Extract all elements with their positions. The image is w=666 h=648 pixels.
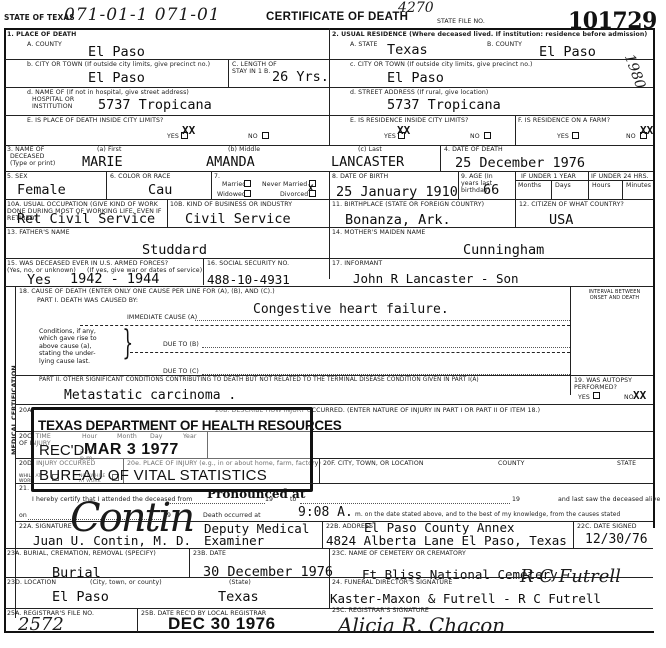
mother-value: Cunningham [463,243,544,258]
state-sublabel: (State) [229,579,251,586]
residence-city-label: c. CITY OR TOWN (If outside city limits,… [350,61,533,68]
cemetery-label: 23c. NAME OF CEMETERY OR CREMATORY [332,550,466,557]
yes-label: YES [167,133,179,140]
divider [5,87,329,88]
due-to-c-label: DUE TO (c) [163,368,199,375]
ssn-label: 16. SOCIAL SECURITY NO. [207,260,289,267]
length-of-stay-value: 26 Yrs. [272,70,329,85]
divider [195,320,570,321]
hospital-label-2: HOSPITAL OR [32,96,74,103]
last-name-label: (c) Last [358,146,382,153]
part2-label: PART II. OTHER SIGNIFICANT CONDITIONS CO… [39,377,479,384]
first-name-value: MARIE [82,155,123,170]
divider [106,171,107,199]
divider [15,375,653,376]
residence-street-label: d. STREET ADDRESS (If rural, give locati… [350,89,488,96]
name-label-1: 3. NAME OF [7,146,44,153]
never-married-label: Never Married [262,181,307,188]
part1-label: PART I. DEATH WAS CAUSED BY: [37,297,138,304]
immediate-cause-label: IMMEDIATE CAUSE (a) [127,314,197,321]
autopsy-no-mark: XX [633,390,646,401]
widowed-checkbox[interactable] [244,190,251,197]
dob-label: 8. DATE OF BIRTH [332,173,388,180]
divider [515,199,516,227]
residence-state-label: a. STATE [350,41,378,48]
on-label: on [19,512,27,519]
death-city-value: El Paso [88,71,145,86]
mother-label: 14. MOTHER'S MAIDEN NAME [332,229,425,236]
divider [5,608,653,609]
citizen-value: USA [549,213,573,228]
race-label: 6. COLOR OR RACE [110,173,171,180]
divider [137,608,138,632]
divider [5,115,653,116]
registrar-signature: Alicia R. Chacon [338,613,505,637]
margin-handwritten-note: 1980 [621,52,648,91]
funeral-director-signature: R C Futrell [520,566,621,587]
injury-location-label: 20f. CITY, TOWN, OR LOCATION [323,460,424,467]
no-label: NO [470,133,480,140]
birthplace-value: Bonanza, Ark. [345,213,451,228]
funeral-director-label: 24. FUNERAL DIRECTOR'S SIGNATURE [332,579,452,586]
medical-certification-label: MEDICAL CERTIFICATION [10,365,18,455]
minutes-label: Minutes [626,182,651,189]
divorced-label: Divorced [280,191,308,198]
city-county-sublabel: (City, town, or county) [90,579,162,586]
no-label: NO [626,133,636,140]
birthplace-label: 11. BIRTHPLACE (State or foreign country… [332,201,484,208]
divider [329,171,330,279]
funeral-director-value: Kaster-Maxon & Futrell - R C Futrell [330,591,601,606]
no-label: NO [248,133,258,140]
divider [622,180,623,199]
state-codes-handwritten: 071-01-1 071-01 [64,5,221,25]
divider [5,286,653,287]
divider [130,352,570,353]
divider [202,347,570,348]
signer-title-line2: Examiner [204,533,264,548]
note-line: Conditions, if any, [39,328,97,335]
residence-city-value: El Paso [387,71,444,86]
disposition-label: 23a. BURIAL, CREMATION, REMOVAL (Specify… [7,550,156,557]
divider [15,404,653,405]
received-stamp: TEXAS DEPARTMENT OF HEALTH RESOURCES REC… [31,407,313,492]
autopsy-yes-label: YES [578,394,590,401]
middle-name-value: AMANDA [206,155,255,170]
under-1-year-label: IF UNDER 1 YEAR [521,173,576,180]
married-checkbox[interactable] [244,180,251,187]
yes-label: YES [557,133,569,140]
divider [228,59,229,87]
divorced-mark: X [308,184,313,195]
residence-inside-city-no-checkbox[interactable] [484,132,491,139]
divider [5,199,653,200]
hours-label: Hours [592,182,611,189]
date-signed-label: 22c. DATE SIGNED [577,523,637,530]
business-label: 10b. KIND OF BUSINESS OR INDUSTRY [170,201,292,208]
signature-label: 22a. SIGNATURE [19,523,72,530]
divider [189,548,190,577]
injury-county-label: COUNTY [498,460,525,467]
business-value: Civil Service [185,212,291,227]
residence-street-value: 5737 Tropicana [387,98,501,113]
divider [80,325,570,326]
sex-label: 5. SEX [7,173,28,180]
registrar-file-value: 2572 [18,614,64,635]
sex-value: Female [17,183,66,198]
ssn-value: 488-10-4931 [207,272,290,287]
hospital-label: d. NAME OF (If not in hospital, give str… [27,89,189,96]
divider [319,458,320,483]
location-label: 23d. LOCATION [7,579,56,586]
divider [203,258,204,285]
divider [330,59,653,60]
title-handwritten-number: 4270 [398,0,434,16]
under-24-label: IF UNDER 24 HRS. [591,173,649,180]
divider [211,171,212,199]
state-file-label: STATE FILE NO. [437,18,485,25]
stamp-received: REC'D [39,442,84,459]
divider [440,145,441,171]
nineteen-label: 19 [265,496,273,503]
father-value: Studdard [142,243,207,258]
to-label: to [290,496,296,503]
injury-state-label: STATE [617,460,636,467]
residence-inside-city-label: e. IS RESIDENCE INSIDE CITY LIMITS? [350,117,468,124]
months-label: Months [518,182,541,189]
divider [5,258,653,259]
last-name-value: LANCASTER [331,155,404,170]
dob-value: 25 January 1910 [336,185,458,200]
armed-dates-value: 1942 - 1944 [70,272,159,287]
form-right-border [653,28,655,528]
hospital-value: 5737 Tropicana [98,98,212,113]
inside-city-label: e. IS PLACE OF DEATH INSIDE CITY LIMITS? [27,117,163,124]
interval-label: INTERVAL BETWEEN ONSET AND DEATH [587,289,642,301]
death-occurred-label: Death occurred at [203,512,261,519]
note-line: which gave rise to [39,335,97,342]
divider [458,171,459,199]
date-received-value: DEC 30 1976 [168,614,276,634]
date-signed-value: 12/30/76 [585,532,648,547]
farm-no-mark: XX [640,125,653,136]
immediate-cause-value: Congestive heart failure. [253,302,449,317]
note-line: stating the under- [39,350,97,357]
signer-name-value: Juan U. Contin, M. D. [33,533,191,548]
place-of-death-label: 1. PLACE OF DEATH [7,31,76,38]
divider [573,521,574,548]
due-to-b-label: DUE TO (b) [163,341,199,348]
form-left-border [4,28,6,632]
city-label: b. CITY OR TOWN (If outside city limits,… [27,61,210,68]
location-state-value: Texas [218,590,259,605]
address-line2: 4824 Alberta Lane El Paso, Texas [326,533,567,548]
divider [515,115,516,145]
married-label: Married [222,181,246,188]
informant-value: John R Lancaster - Son [353,271,519,286]
m-text: m. on the date stated above, and to the … [355,512,620,519]
brace-icon: } [122,326,133,360]
divider [330,87,653,88]
burial-date-label: 23b. DATE [193,550,226,557]
divider [588,171,589,199]
certificate-title: CERTIFICATE OF DEATH [266,11,408,23]
name-label-2: DECEASED [10,153,45,160]
divider [515,180,653,181]
date-of-death-value: 25 December 1976 [455,156,585,171]
stamp-department: TEXAS DEPARTMENT OF HEALTH RESOURCES [38,418,342,433]
cause-of-death-label: 18. CAUSE OF DEATH (Enter only one cause… [19,288,275,295]
days-label: Days [555,182,571,189]
stamp-date: MAR 3 1977 [84,441,179,459]
residence-county-label: b. COUNTY [487,41,522,48]
note-line: above cause (a), [39,343,97,350]
county-label: a. COUNTY [27,41,62,48]
citizen-label: 12. CITIZEN OF WHAT COUNTRY? [519,201,624,208]
father-label: 13. FATHER'S NAME [7,229,70,236]
occupation-value: Ret Civil Service [17,212,155,227]
item-21-label: 21. [19,485,29,492]
conditions-note: Conditions, if any, which gave rise to a… [39,328,97,365]
first-name-label: (a) First [97,146,122,153]
stamp-bureau: BUREAU OF VITAL STATISTICS [39,467,267,484]
divider [15,483,653,484]
age-value: 66 [483,183,499,198]
usual-residence-label: 2. USUAL RESIDENCE (Where deceased lived… [332,31,647,38]
residence-county-value: El Paso [539,45,596,60]
residence-state-value: Texas [387,43,428,58]
divider [167,199,168,227]
name-label-3: (Type or print) [10,160,55,167]
divider [570,286,571,395]
note-line: lying cause last. [39,358,97,365]
race-value: Cau [148,183,172,198]
date-of-death-label: 4. DATE OF DEATH [444,146,503,153]
divider [5,227,653,228]
inside-city-no-checkbox[interactable] [262,132,269,139]
death-time-value: 9:08 A. [298,505,353,520]
divider [5,59,329,60]
divider [300,503,510,504]
part2-value: Metastatic carcinoma . [64,388,236,403]
middle-name-label: (b) Middle [228,146,260,153]
hospital-label-3: INSTITUTION [32,103,73,110]
armed-forces-label: 15. WAS DECEASED EVER IN U.S. ARMED FORC… [7,260,168,267]
marital-label: 7. [214,173,220,180]
informant-label: 17. INFORMANT [332,260,382,267]
widowed-label: Widowed [217,191,246,198]
location-city-value: El Paso [52,590,109,605]
death-county-value: El Paso [88,45,145,60]
nineteen-label: 19 [512,496,520,503]
form-bottom-border [4,631,654,633]
residence-inside-city-mark: XX [397,125,410,136]
residence-farm-label: f. IS RESIDENCE ON A FARM? [518,117,610,124]
yes-label: YES [384,133,396,140]
autopsy-yes-checkbox[interactable] [593,392,600,399]
farm-yes-checkbox[interactable] [572,132,579,139]
divider [322,521,323,548]
inside-city-yes-mark: XX [182,125,195,136]
divider [515,171,516,199]
last-saw-text: and last saw the deceased alive [558,496,660,503]
divider [551,180,552,199]
